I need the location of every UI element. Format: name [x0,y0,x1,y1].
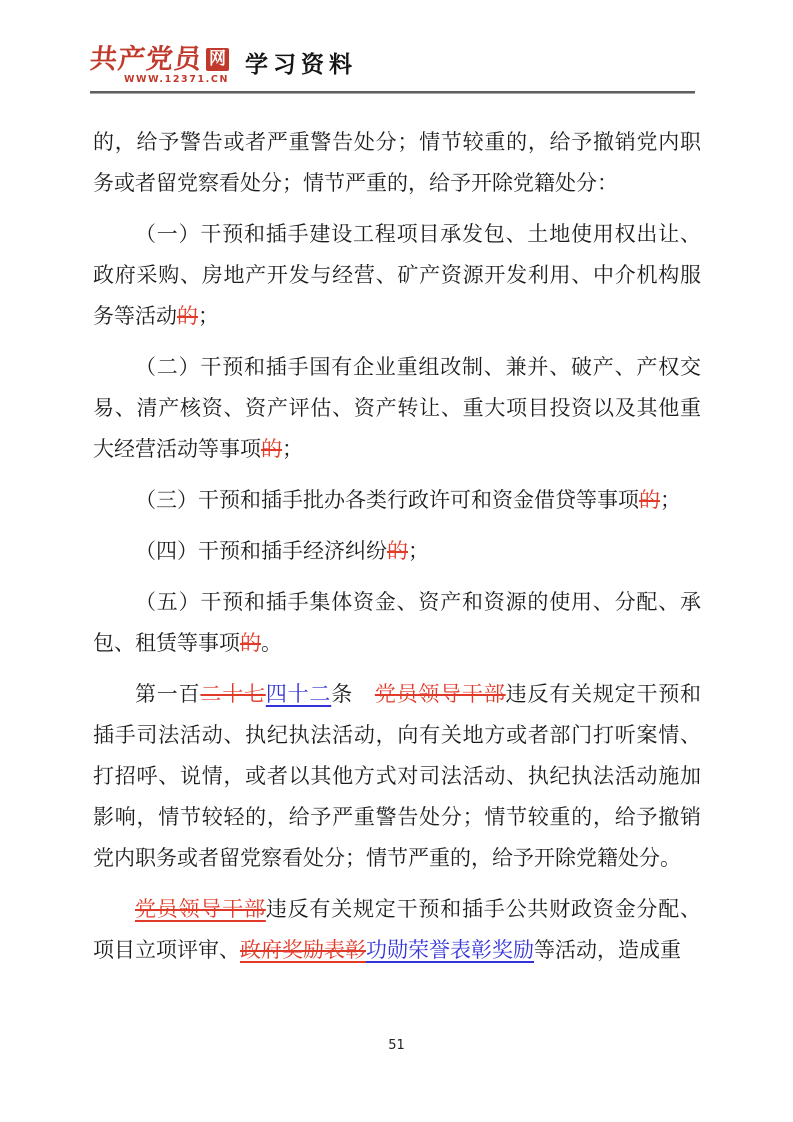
paragraph: （一）干预和插手建设工程项目承发包、土地使用权出让、政府采购、房地产开发与经营、… [93,214,701,337]
text-run: （三）干预和插手批办各类行政许可和资金借贷等事项 [135,488,639,512]
paragraph: 党员领导干部违反有关规定干预和插手公共财政资金分配、项目立项评审、政府奖励表彰功… [93,889,701,971]
text-run: （二）干预和插手国有企业重组改制、兼并、破产、产权交易、清产核资、资产评估、资产… [93,355,701,461]
inserted-text: 四十二 [266,682,331,706]
deleted-text: 的 [240,631,261,655]
text-run: 第一百 [135,682,200,706]
text-run: ； [282,437,303,461]
paragraph: （三）干预和插手批办各类行政许可和资金借贷等事项的； [93,480,701,521]
text-run: 违反有关规定干预和插手司法活动、执纪执法活动，向有关地方或者部门打听案情、打招呼… [93,682,701,870]
text-run: 等活动，造成重 [534,938,681,962]
deleted-underlined-text: 政府奖励表彰 [240,938,366,962]
text-run: （五）干预和插手集体资金、资产和资源的使用、分配、承包、租赁等事项 [93,590,701,655]
page-header: 共产党员 网 WWW.12371.CN 学习资料 [90,46,702,85]
header-subtitle: 学习资料 [245,53,357,76]
deleted-text: 的 [639,488,660,512]
text-run: 。 [261,631,282,655]
page-footer: 51 [0,1038,793,1053]
page-number: 51 [388,1038,405,1053]
deleted-text: 的 [261,437,282,461]
text-run: ； [660,488,681,512]
brand-calligraphy: 共产党员 [89,46,204,73]
paragraph: （五）干预和插手集体资金、资产和资源的使用、分配、承包、租赁等事项的。 [93,582,701,664]
text-run: （四）干预和插手经济纠纷 [135,539,387,563]
document-page: 共产党员 网 WWW.12371.CN 学习资料 的，给予警告或者严重警告处分；… [0,0,793,1122]
paragraph: （四）干预和插手经济纠纷的； [93,531,701,572]
text-run: ； [408,539,429,563]
deleted-text: 二十七 [200,682,265,706]
deleted-text: 党员领导干部 [375,682,506,706]
paragraph: 第一百二十七四十二条 党员领导干部违反有关规定干预和插手司法活动、执纪执法活动，… [93,674,701,879]
text-run: 的，给予警告或者严重警告处分；情节较重的，给予撤销党内职务或者留党察看处分；情节… [93,130,701,195]
paragraph: （二）干预和插手国有企业重组改制、兼并、破产、产权交易、清产核资、资产评估、资产… [93,347,701,470]
header-divider [90,91,695,94]
document-body: 的，给予警告或者严重警告处分；情节较重的，给予撤销党内职务或者留党察看处分；情节… [93,122,701,981]
text-run: ； [198,304,219,328]
inserted-text: 功勋荣誉表彰奖励 [366,938,534,962]
deleted-text: 的 [177,304,198,328]
brand-url: WWW.12371.CN [124,75,229,85]
brand-logo-main: 共产党员 网 [90,46,229,73]
brand-net-badge: 网 [206,48,229,71]
text-run: 条 [331,682,375,706]
brand-logo: 共产党员 网 WWW.12371.CN [90,46,229,85]
paragraph: 的，给予警告或者严重警告处分；情节较重的，给予撤销党内职务或者留党察看处分；情节… [93,122,701,204]
deleted-underlined-text: 党员领导干部 [135,897,266,921]
deleted-text: 的 [387,539,408,563]
